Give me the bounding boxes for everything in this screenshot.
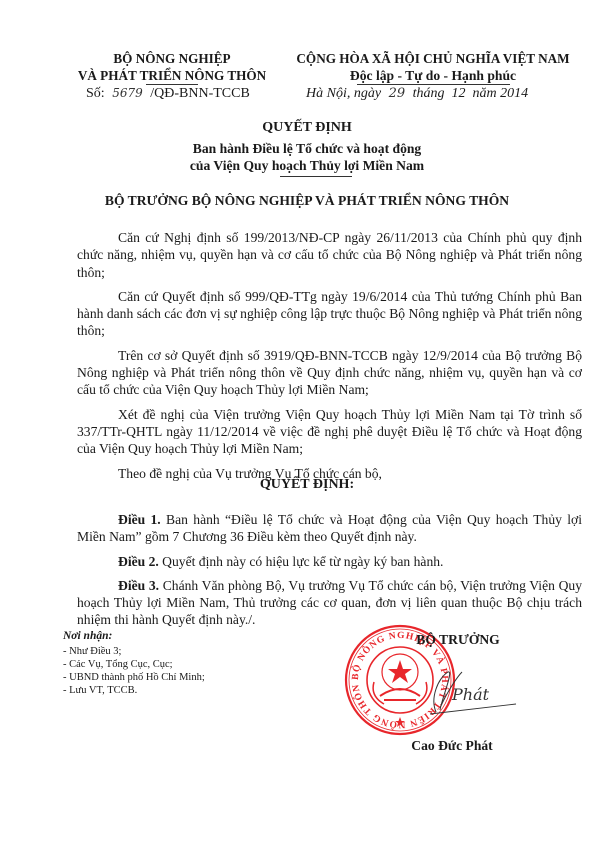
date-prefix: Hà Nội, ngày — [306, 86, 381, 101]
article-2: Điều 2. Quyết định này có hiệu lực kể từ… — [77, 553, 582, 570]
national-motto: CỘNG HÒA XÃ HỘI CHỦ NGHĨA VIỆT NAM Độc l… — [268, 50, 598, 84]
motto: Độc lập - Tự do - Hạnh phúc — [268, 67, 598, 84]
preamble-paragraph: Trên cơ sở Quyết định số 3919/QĐ-BNN-TCC… — [77, 347, 582, 399]
issuing-authority: BỘ TRƯỞNG BỘ NÔNG NGHIỆP VÀ PHÁT TRIỂN N… — [0, 193, 614, 209]
article-label: Điều 2. — [118, 554, 159, 569]
date-day: 29 — [389, 86, 406, 101]
recipient-item: - UBND thành phố Hồ Chí Minh; — [63, 671, 205, 684]
recipients-heading: Nơi nhận: — [63, 630, 205, 643]
preamble: Căn cứ Nghị định số 199/2013/NĐ-CP ngày … — [77, 229, 582, 489]
handwritten-signature-icon: Phát — [428, 668, 518, 718]
article-text: Quyết định này có hiệu lực kể từ ngày ký… — [159, 554, 444, 569]
date-suffix: tháng 12 năm 2014 — [413, 86, 529, 101]
article-label: Điều 3. — [118, 578, 159, 593]
issuing-agency: BỘ NÔNG NGHIỆP VÀ PHÁT TRIỂN NÔNG THÔN — [62, 50, 282, 84]
number-suffix: /QĐ-BNN-TCCB — [150, 86, 250, 101]
subtitle-underline — [280, 176, 352, 177]
signature-text: Phát — [451, 685, 490, 704]
agency-underline — [146, 84, 198, 85]
article-1: Điều 1. Ban hành “Điều lệ Tổ chức và Hoạ… — [77, 511, 582, 546]
article-label: Điều 1. — [118, 512, 161, 527]
agency-line-2: VÀ PHÁT TRIỂN NÔNG THÔN — [62, 67, 282, 84]
document-number: Số: 5679 /QĐ-BNN-TCCB — [86, 86, 250, 102]
decision-heading: QUYẾT ĐỊNH: — [0, 477, 614, 493]
recipients: Nơi nhận: - Như Điều 3; - Các Vụ, Tổng C… — [63, 630, 205, 697]
recipient-item: - Như Điều 3; — [63, 645, 205, 658]
subtitle-line-1: Ban hành Điều lệ Tổ chức và hoạt động — [0, 140, 614, 157]
preamble-paragraph: Xét đề nghị của Viện trưởng Viện Quy hoạ… — [77, 406, 582, 458]
place-date: Hà Nội, ngày 29 tháng 12 năm 2014 — [306, 86, 528, 102]
signer-name: Cao Đức Phát — [392, 738, 512, 754]
signer-title: BỘ TRƯỞNG — [398, 632, 518, 648]
preamble-paragraph: Căn cứ Quyết định số 999/QĐ-TTg ngày 19/… — [77, 288, 582, 340]
recipient-item: - Các Vụ, Tổng Cục, Cục; — [63, 658, 205, 671]
article-3: Điều 3. Chánh Văn phòng Bộ, Vụ trưởng Vụ… — [77, 577, 582, 629]
motto-underline — [357, 84, 510, 85]
agency-line-1: BỘ NÔNG NGHIỆP — [62, 50, 282, 67]
document-subtitle: Ban hành Điều lệ Tổ chức và hoạt động củ… — [0, 140, 614, 174]
articles: Điều 1. Ban hành “Điều lệ Tổ chức và Hoạ… — [77, 511, 582, 636]
country-name: CỘNG HÒA XÃ HỘI CHỦ NGHĨA VIỆT NAM — [268, 50, 598, 67]
document-title: QUYẾT ĐỊNH — [0, 120, 614, 136]
number-handwritten: 5679 — [112, 86, 143, 100]
number-prefix: Số: — [86, 86, 105, 101]
preamble-paragraph: Căn cứ Nghị định số 199/2013/NĐ-CP ngày … — [77, 229, 582, 281]
recipient-item: - Lưu VT, TCCB. — [63, 684, 205, 697]
subtitle-line-2: của Viện Quy hoạch Thủy lợi Miền Nam — [0, 157, 614, 174]
